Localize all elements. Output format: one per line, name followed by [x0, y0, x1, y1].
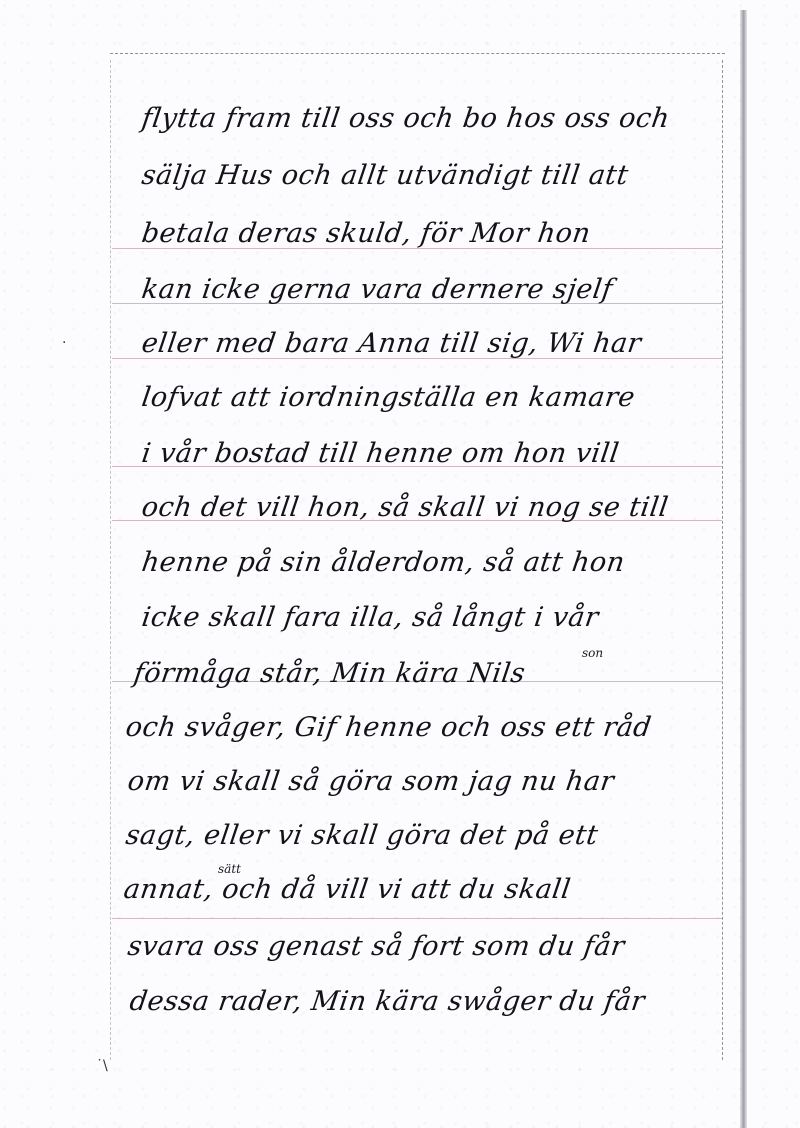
letter-line-8: och det vill hon, så skall vi nog se til… [140, 494, 734, 521]
letter-line-9: henne på sin ålderdom, så att hon [140, 549, 734, 576]
left-margin-line [110, 60, 112, 1060]
inserted-word-satt: sätt [218, 862, 241, 876]
letter-line-6: lofvat att iordningställa en kamare [140, 384, 734, 411]
letter-line-14: sagt, eller vi skall göra det på ett [124, 822, 718, 849]
letter-line-3: betala deras skuld, för Mor hon [140, 220, 734, 247]
letter-page: flytta fram till oss och bo hos oss och … [0, 0, 800, 1128]
letter-line-16: svara oss genast så fort som du får [126, 933, 720, 960]
stray-ink-dot: · [62, 335, 66, 351]
stray-ink-mark: ˙\ [96, 1058, 108, 1074]
letter-line-5: eller med bara Anna till sig, Wi har [140, 330, 734, 357]
letter-line-12: och svåger, Gif henne och oss ett råd [124, 714, 718, 741]
ruled-line [112, 918, 722, 919]
letter-line-10: icke skall fara illa, så långt i vår [140, 604, 734, 631]
letter-line-13: om vi skall så göra som jag nu har [126, 768, 720, 795]
inserted-word-son: son [582, 646, 603, 660]
letter-line-15: annat, och då vill vi att du skall [122, 876, 716, 903]
letter-line-1: flytta fram till oss och bo hos oss och [140, 105, 734, 132]
top-rule [110, 53, 725, 54]
letter-line-2: sälja Hus och allt utvändigt till att [140, 162, 734, 189]
letter-line-4: kan icke gerna vara dernere sjelf [140, 276, 734, 303]
letter-line-17: dessa rader, Min kära swåger du får [128, 988, 722, 1015]
binding-shadow [740, 10, 747, 1128]
letter-line-11: förmåga står, Min kära Nils [132, 660, 726, 687]
letter-line-7: i vår bostad till henne om hon vill [140, 440, 734, 467]
